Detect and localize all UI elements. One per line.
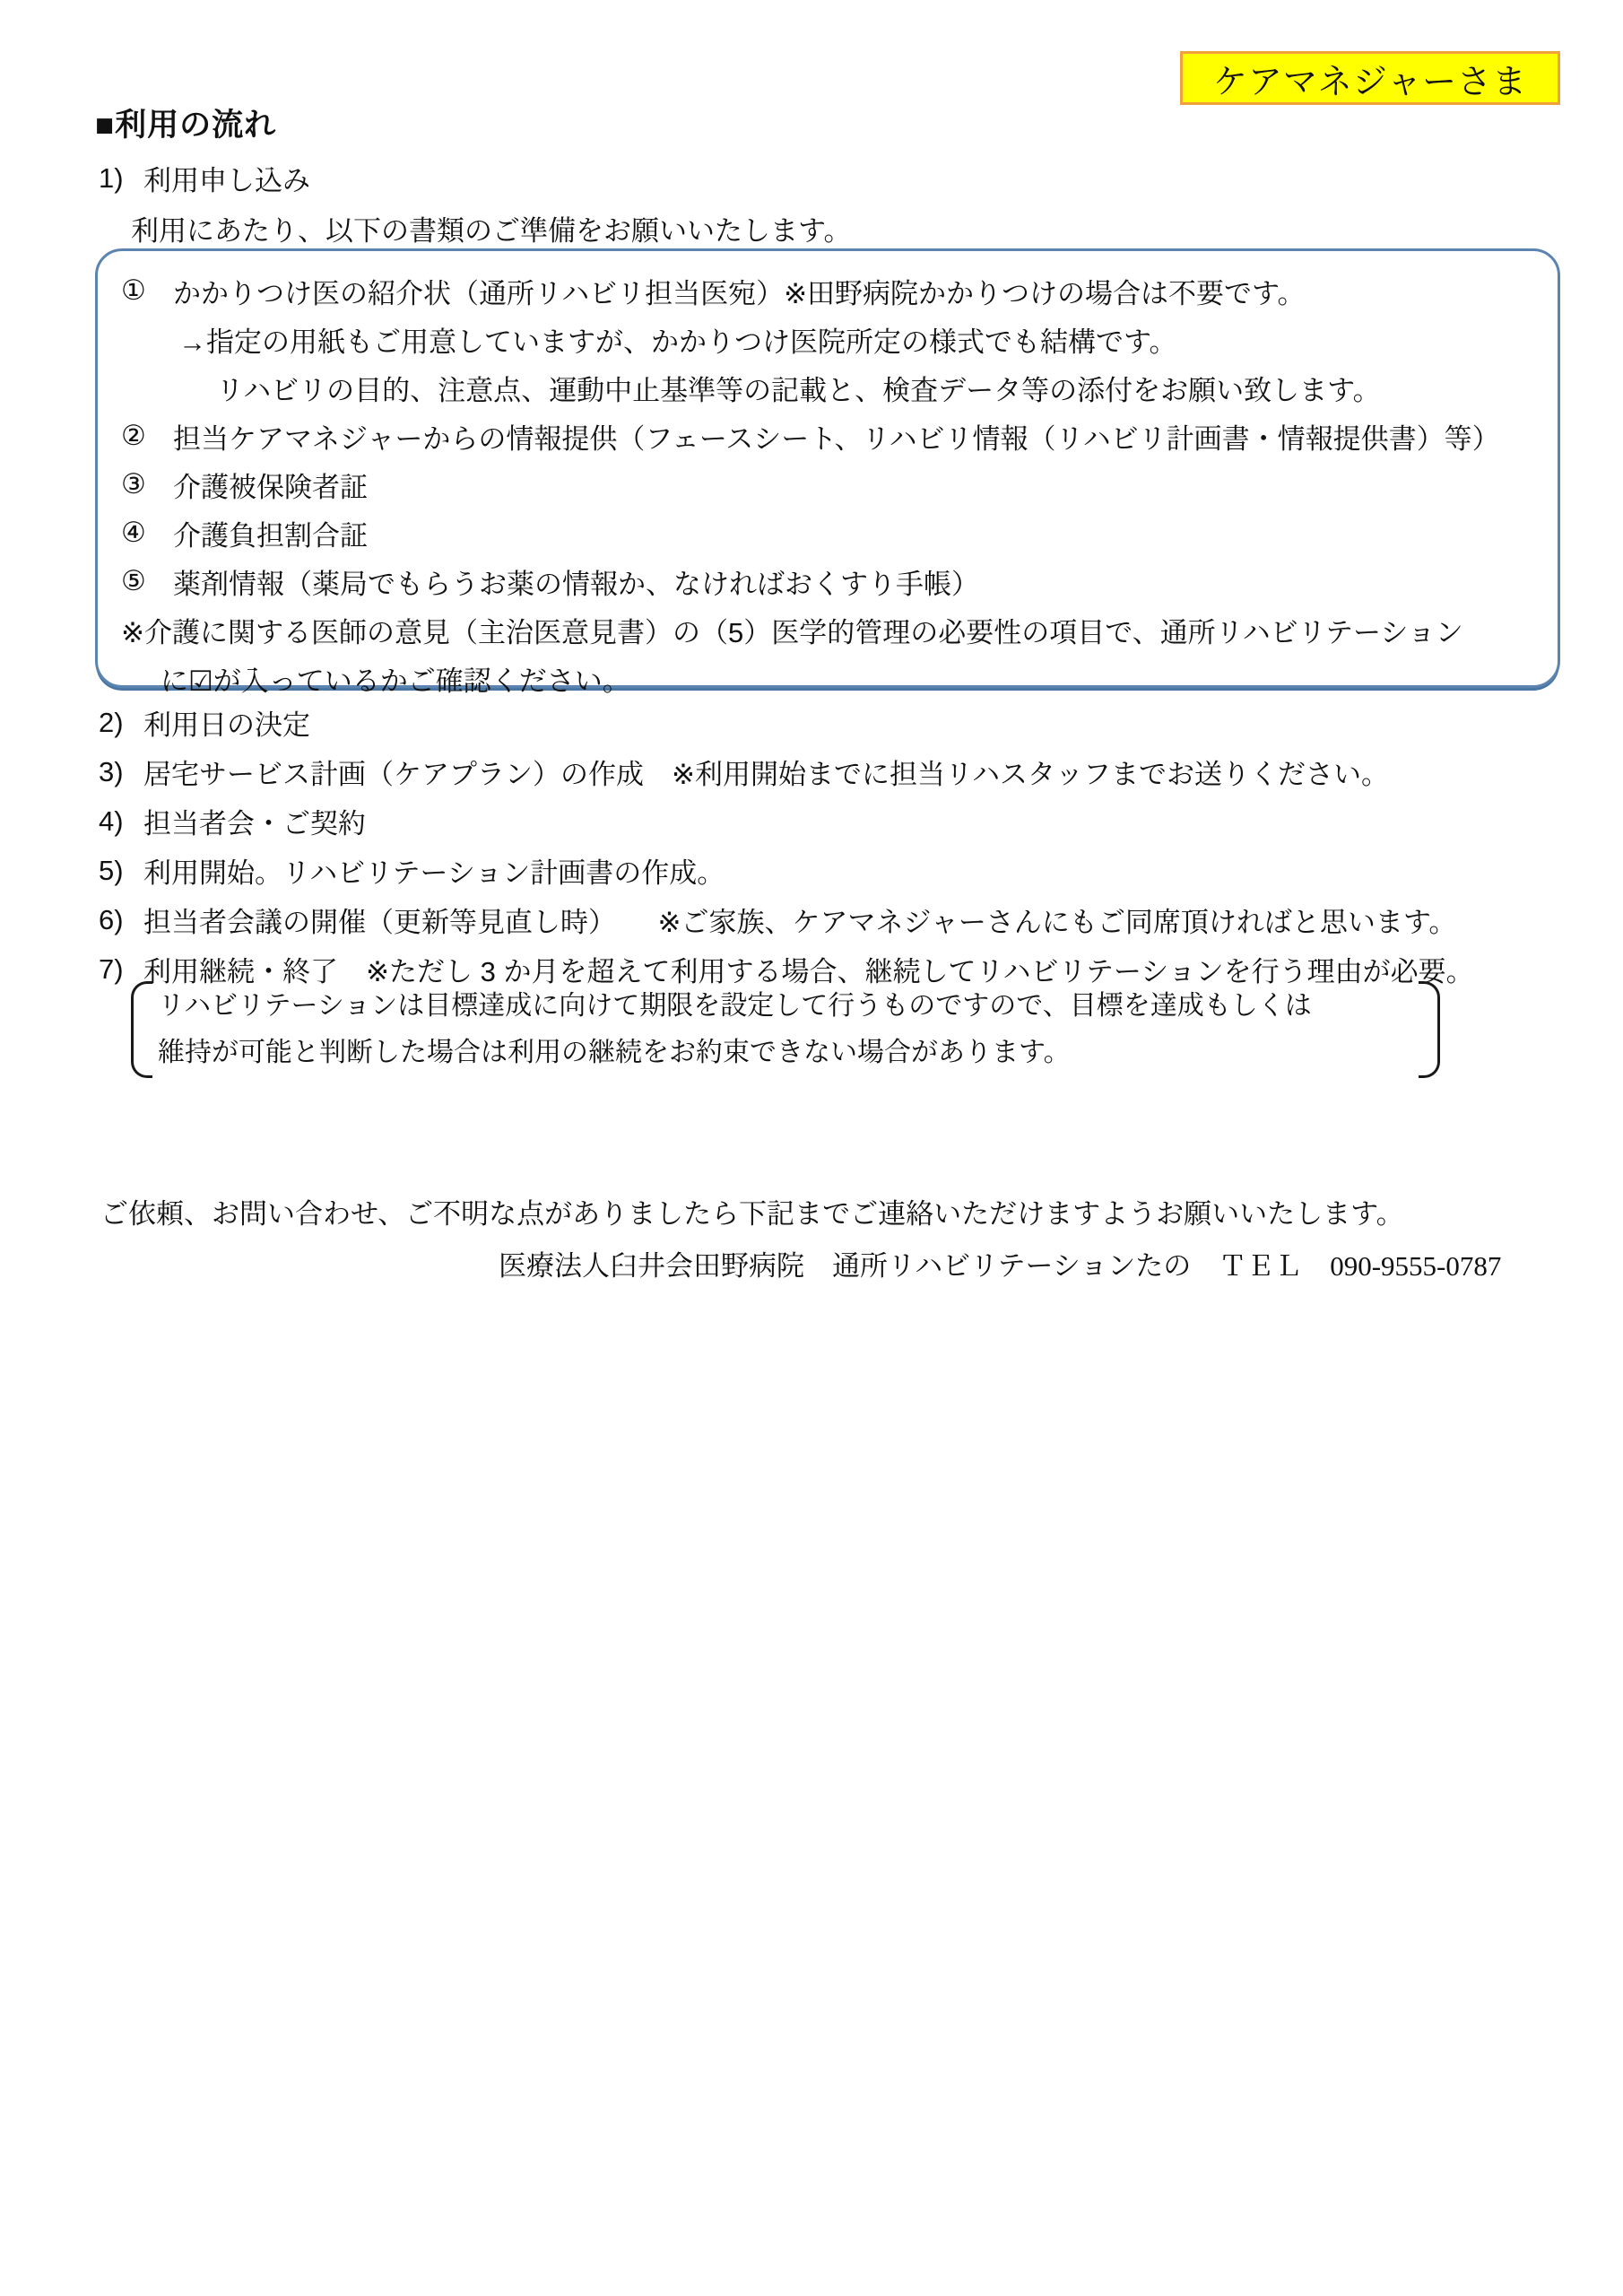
right-bracket-icon bbox=[1419, 981, 1440, 1078]
doc-item-text: 介護負担割合証 bbox=[173, 513, 368, 553]
doc-item-number: ⑤ bbox=[121, 565, 173, 597]
doc-item-1-sub: →指定の用紙もご用意していますが、かかりつけ医院所定の様式でも結構です。 bbox=[121, 315, 1534, 363]
left-bracket-icon bbox=[131, 981, 152, 1078]
continuation-warning-note: リハビリテーションは目標達成に向けて期限を設定して行うものですので、目標を達成も… bbox=[131, 981, 1440, 1078]
flow-step-5: 5) 利用開始。リハビリテーション計画書の作成。 bbox=[99, 846, 1474, 895]
flow-steps-list: 2) 利用日の決定 3) 居宅サービス計画（ケアプラン）の作成 ※利用開始までに… bbox=[99, 698, 1474, 994]
step-number: 4) bbox=[99, 805, 143, 838]
flow-step-3: 3) 居宅サービス計画（ケアプラン）の作成 ※利用開始までに担当リハスタッフまで… bbox=[99, 747, 1474, 796]
doc-item-number: ② bbox=[121, 420, 173, 452]
step-text: 利用日の決定 bbox=[143, 702, 310, 743]
doc-item-2: ② 担当ケアマネジャーからの情報提供（フェースシート、リハビリ情報（リハビリ計画… bbox=[121, 412, 1534, 460]
care-manager-badge: ケアマネジャーさま bbox=[1180, 51, 1560, 105]
doc-item-number: ③ bbox=[121, 468, 173, 500]
warning-line-1: リハビリテーションは目標達成に向けて期限を設定して行うものですので、目標を達成も… bbox=[158, 983, 1404, 1030]
flow-step-1: 1) 利用申し込み bbox=[99, 158, 310, 198]
doc-note-text: ※介護に関する医師の意見（主治医意見書）の（5）医学的管理の必要性の項目で、通所… bbox=[121, 610, 1463, 650]
doc-item-1-sub2: リハビリの目的、注意点、運動中止基準等の記載と、検査データ等の添付をお願い致しま… bbox=[121, 363, 1534, 412]
doc-item-text: 介護被保険者証 bbox=[173, 465, 368, 505]
step-number: 3) bbox=[99, 756, 143, 788]
step-number: 1) bbox=[99, 162, 143, 195]
doc-item-text: 薬剤情報（薬局でもらうお薬の情報か、なければおくすり手帳） bbox=[173, 561, 979, 602]
doc-item-5: ⑤ 薬剤情報（薬局でもらうお薬の情報か、なければおくすり手帳） bbox=[121, 557, 1534, 605]
flow-step-4: 4) 担当者会・ご契約 bbox=[99, 796, 1474, 846]
flow-step-6: 6) 担当者会議の開催（更新等見直し時） ※ご家族、ケアマネジャーさんにもご同席… bbox=[99, 895, 1474, 944]
doc-item-text: →指定の用紙もご用意していますが、かかりつけ医院所定の様式でも結構です。 bbox=[178, 319, 1177, 360]
required-documents-box: ① かかりつけ医の紹介状（通所リハビリ担当医宛）※田野病院かかりつけの場合は不要… bbox=[95, 248, 1560, 688]
step-text: 担当者会・ご契約 bbox=[143, 801, 366, 841]
step-number: 2) bbox=[99, 707, 143, 739]
doc-note-text: に☑が入っているかご確認ください。 bbox=[161, 658, 630, 699]
step-text: 居宅サービス計画（ケアプラン）の作成 ※利用開始までに担当リハスタッフまでお送り… bbox=[143, 752, 1389, 792]
step-number: 6) bbox=[99, 904, 143, 936]
step-number: 5) bbox=[99, 855, 143, 887]
doc-item-1: ① かかりつけ医の紹介状（通所リハビリ担当医宛）※田野病院かかりつけの場合は不要… bbox=[121, 266, 1534, 315]
doctor-opinion-note-line1: ※介護に関する医師の意見（主治医意見書）の（5）医学的管理の必要性の項目で、通所… bbox=[121, 605, 1534, 654]
doc-item-4: ④ 介護負担割合証 bbox=[121, 509, 1534, 557]
doc-item-text: リハビリの目的、注意点、運動中止基準等の記載と、検査データ等の添付をお願い致しま… bbox=[216, 368, 1381, 408]
document-page: ケアマネジャーさま ■利用の流れ 1) 利用申し込み 利用にあたり、以下の書類の… bbox=[0, 0, 1623, 2296]
doc-item-text: かかりつけ医の紹介状（通所リハビリ担当医宛）※田野病院かかりつけの場合は不要です… bbox=[173, 271, 1306, 311]
step-1-intro: 利用にあたり、以下の書類のご準備をお願いいたします。 bbox=[131, 208, 852, 248]
doc-item-text: 担当ケアマネジャーからの情報提供（フェースシート、リハビリ情報（リハビリ計画書・… bbox=[173, 416, 1500, 457]
flow-step-2: 2) 利用日の決定 bbox=[99, 698, 1474, 747]
page-title: ■利用の流れ bbox=[95, 100, 276, 145]
doc-item-number: ① bbox=[121, 274, 173, 307]
step-text: 利用申し込み bbox=[143, 158, 310, 198]
warning-line-2: 維持が可能と判断した場合は利用の継続をお約束できない場合があります。 bbox=[158, 1030, 1404, 1076]
care-manager-badge-label: ケアマネジャーさま bbox=[1213, 54, 1527, 103]
step-text: 担当者会議の開催（更新等見直し時） ※ご家族、ケアマネジャーさんにもご同席頂けれ… bbox=[143, 900, 1456, 940]
contact-instruction: ご依頼、お問い合わせ、ご不明な点がありましたら下記までご連絡いただけますようお願… bbox=[100, 1191, 1404, 1231]
doctor-opinion-note-line2: に☑が入っているかご確認ください。 bbox=[121, 654, 1534, 702]
doc-item-3: ③ 介護被保険者証 bbox=[121, 460, 1534, 509]
step-text: 利用開始。リハビリテーション計画書の作成。 bbox=[143, 850, 725, 891]
facility-contact-info: 医療法人臼井会田野病院 通所リハビリテーションたの ＴＥＬ 090-9555-0… bbox=[499, 1243, 1501, 1283]
continuation-warning-text: リハビリテーションは目標達成に向けて期限を設定して行うものですので、目標を達成も… bbox=[158, 983, 1404, 1076]
doc-item-number: ④ bbox=[121, 517, 173, 549]
